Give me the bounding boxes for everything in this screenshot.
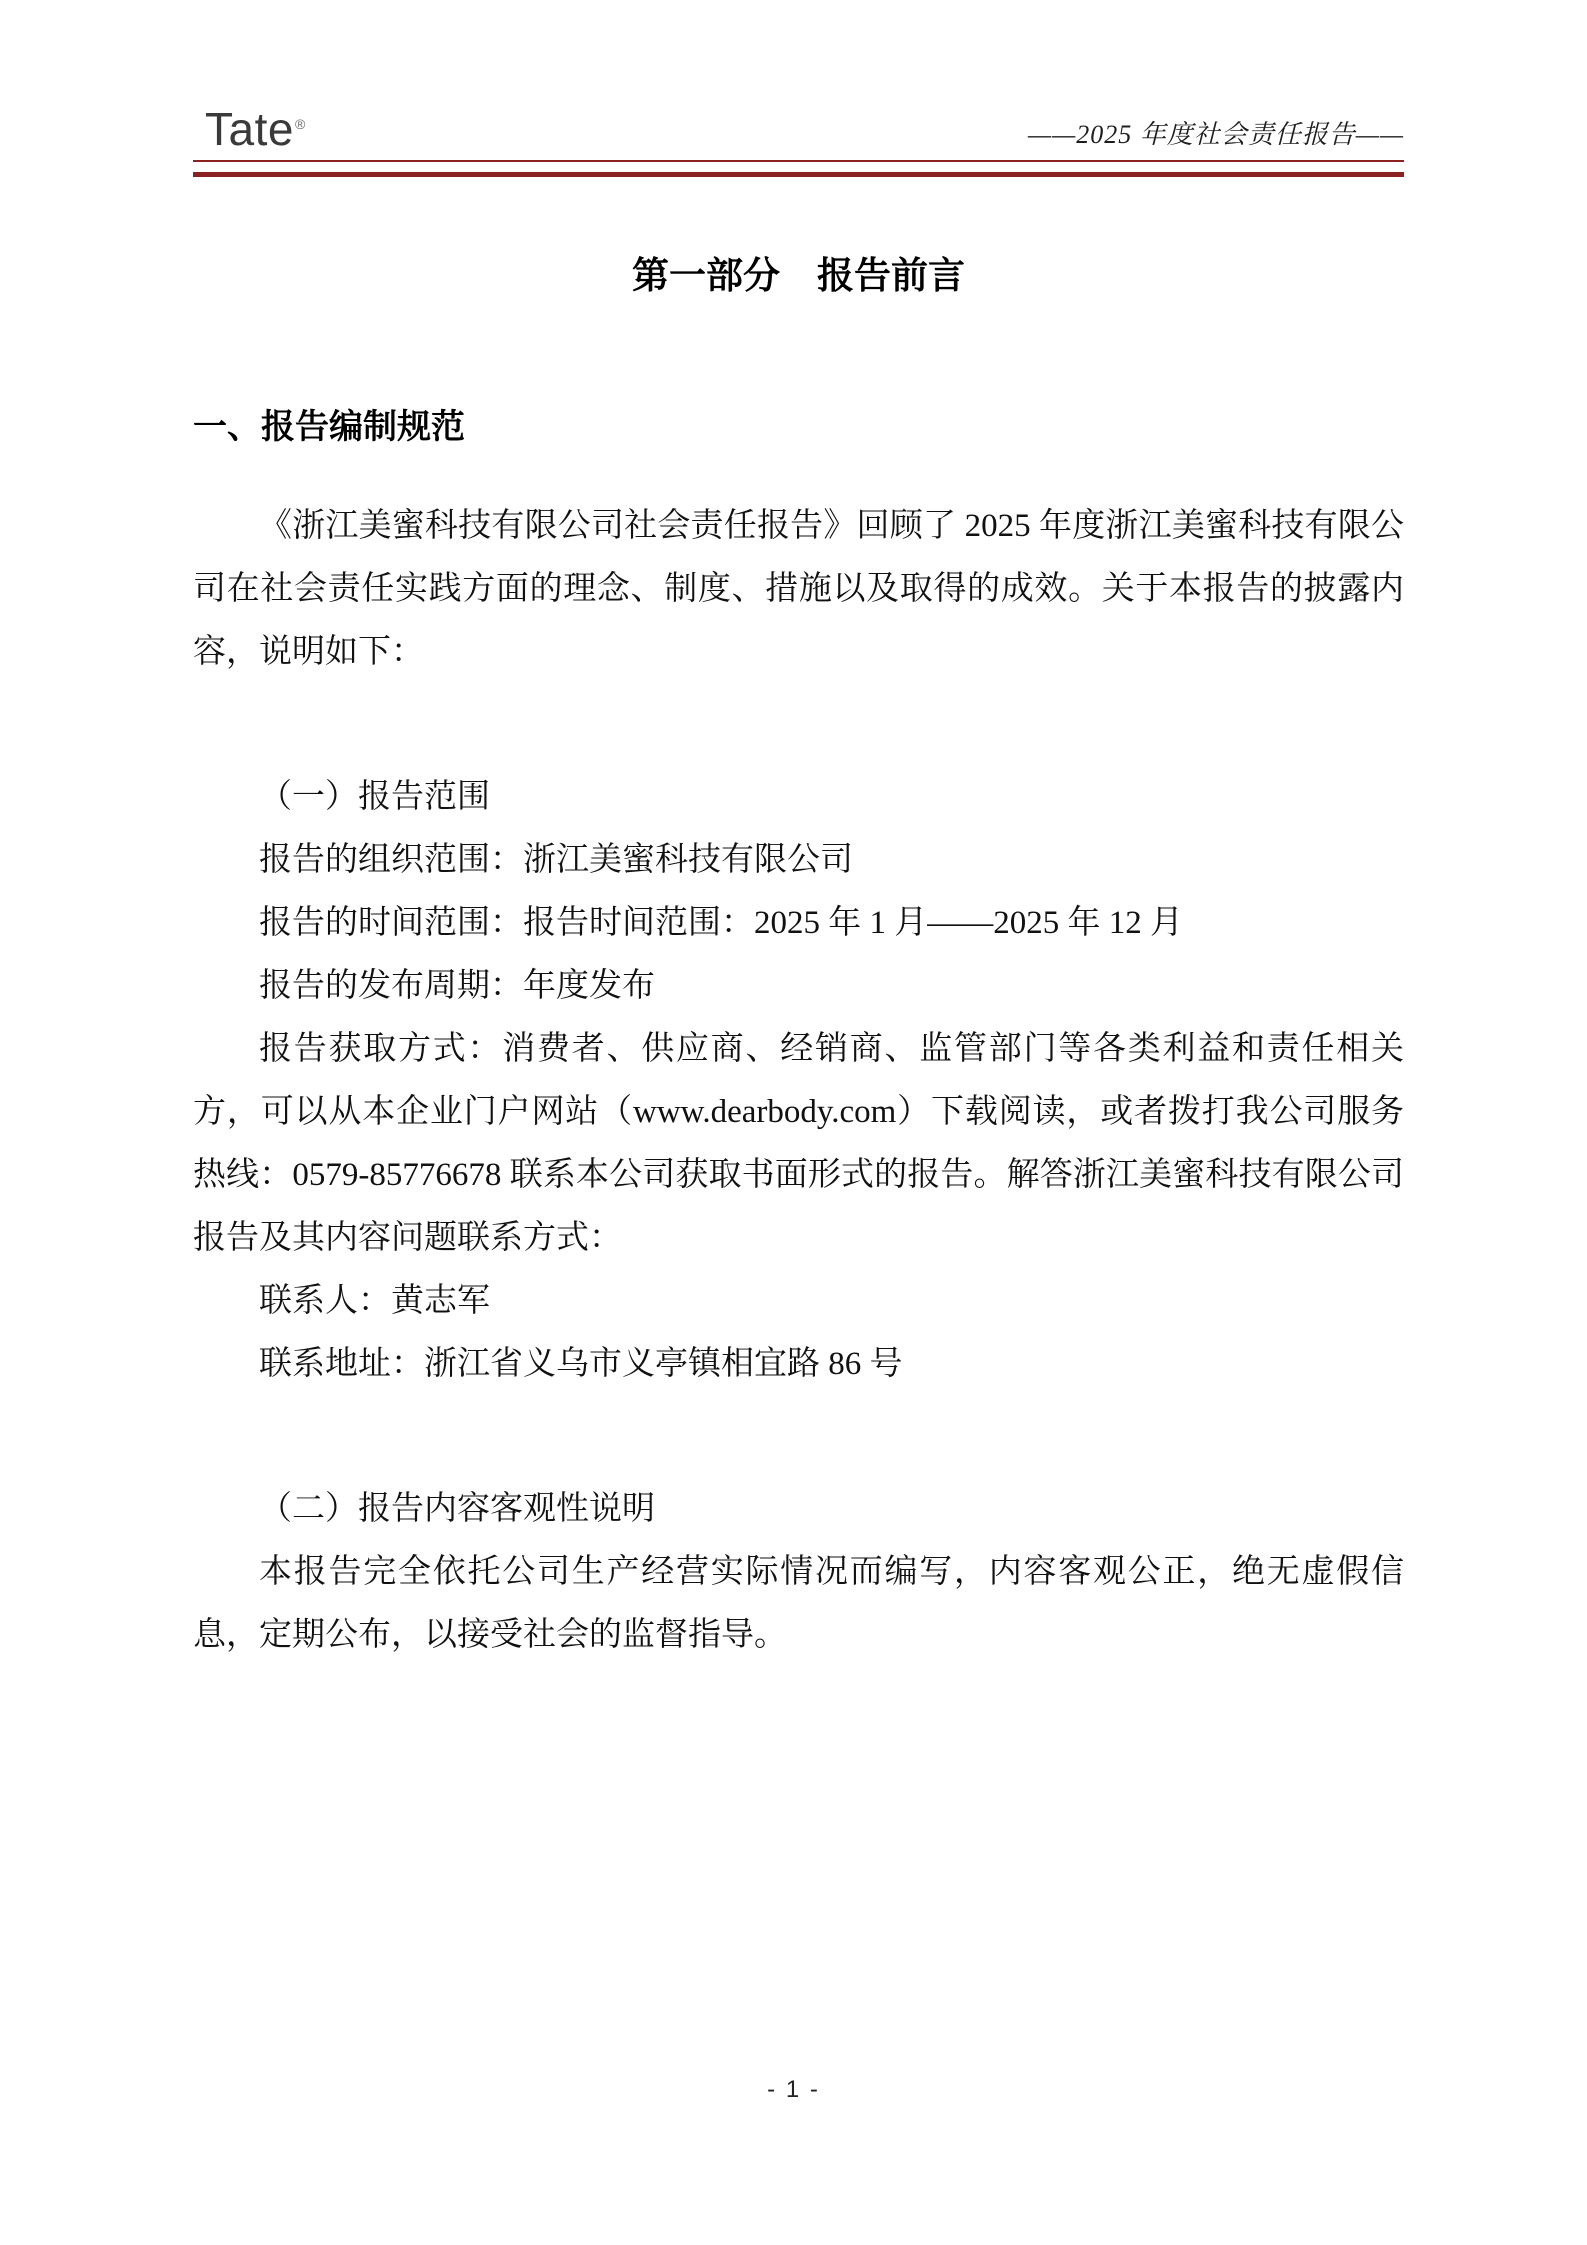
contact-address-line: 联系地址：浙江省义乌市义亭镇相宜路 86 号 <box>193 1333 1404 1396</box>
report-release-cycle-line: 报告的发布周期：年度发布 <box>193 955 1404 1018</box>
contact-person-line: 联系人：黄志军 <box>193 1270 1404 1333</box>
report-access-paragraph: 报告获取方式：消费者、供应商、经销商、监管部门等各类利益和责任相关方，可以从本企… <box>193 1018 1404 1270</box>
document-header: Tate® ——2025 年度社会责任报告—— <box>193 0 1404 152</box>
document-page: Tate® ——2025 年度社会责任报告—— 第一部分 报告前言 一、报告编制… <box>0 0 1587 2245</box>
report-org-scope-line: 报告的组织范围：浙江美蜜科技有限公司 <box>193 829 1404 892</box>
subsection-objectivity-statement: （二）报告内容客观性说明 本报告完全依托公司生产经营实际情况而编写，内容客观公正… <box>193 1478 1404 1667</box>
objectivity-paragraph: 本报告完全依托公司生产经营实际情况而编写，内容客观公正，绝无虚假信息，定期公布，… <box>193 1541 1404 1667</box>
subsection-heading: （一）报告范围 <box>193 766 1404 829</box>
intro-paragraph: 《浙江美蜜科技有限公司社会责任报告》回顾了 2025 年度浙江美蜜科技有限公司在… <box>193 495 1404 684</box>
subsection-heading: （二）报告内容客观性说明 <box>193 1478 1404 1541</box>
page-number: - 1 - <box>0 2076 1587 2104</box>
report-time-range-line: 报告的时间范围：报告时间范围：2025 年 1 月——2025 年 12 月 <box>193 892 1404 955</box>
header-report-label: ——2025 年度社会责任报告—— <box>1028 119 1404 152</box>
company-logo: Tate® <box>193 106 306 152</box>
section-heading: 一、报告编制规范 <box>193 405 1404 451</box>
registered-trademark-icon: ® <box>295 116 306 132</box>
header-double-rule <box>193 160 1404 177</box>
page-title: 第一部分 报告前言 <box>193 253 1404 301</box>
logo-text: Tate <box>205 103 294 155</box>
subsection-report-scope: （一）报告范围 报告的组织范围：浙江美蜜科技有限公司 报告的时间范围：报告时间范… <box>193 766 1404 1396</box>
